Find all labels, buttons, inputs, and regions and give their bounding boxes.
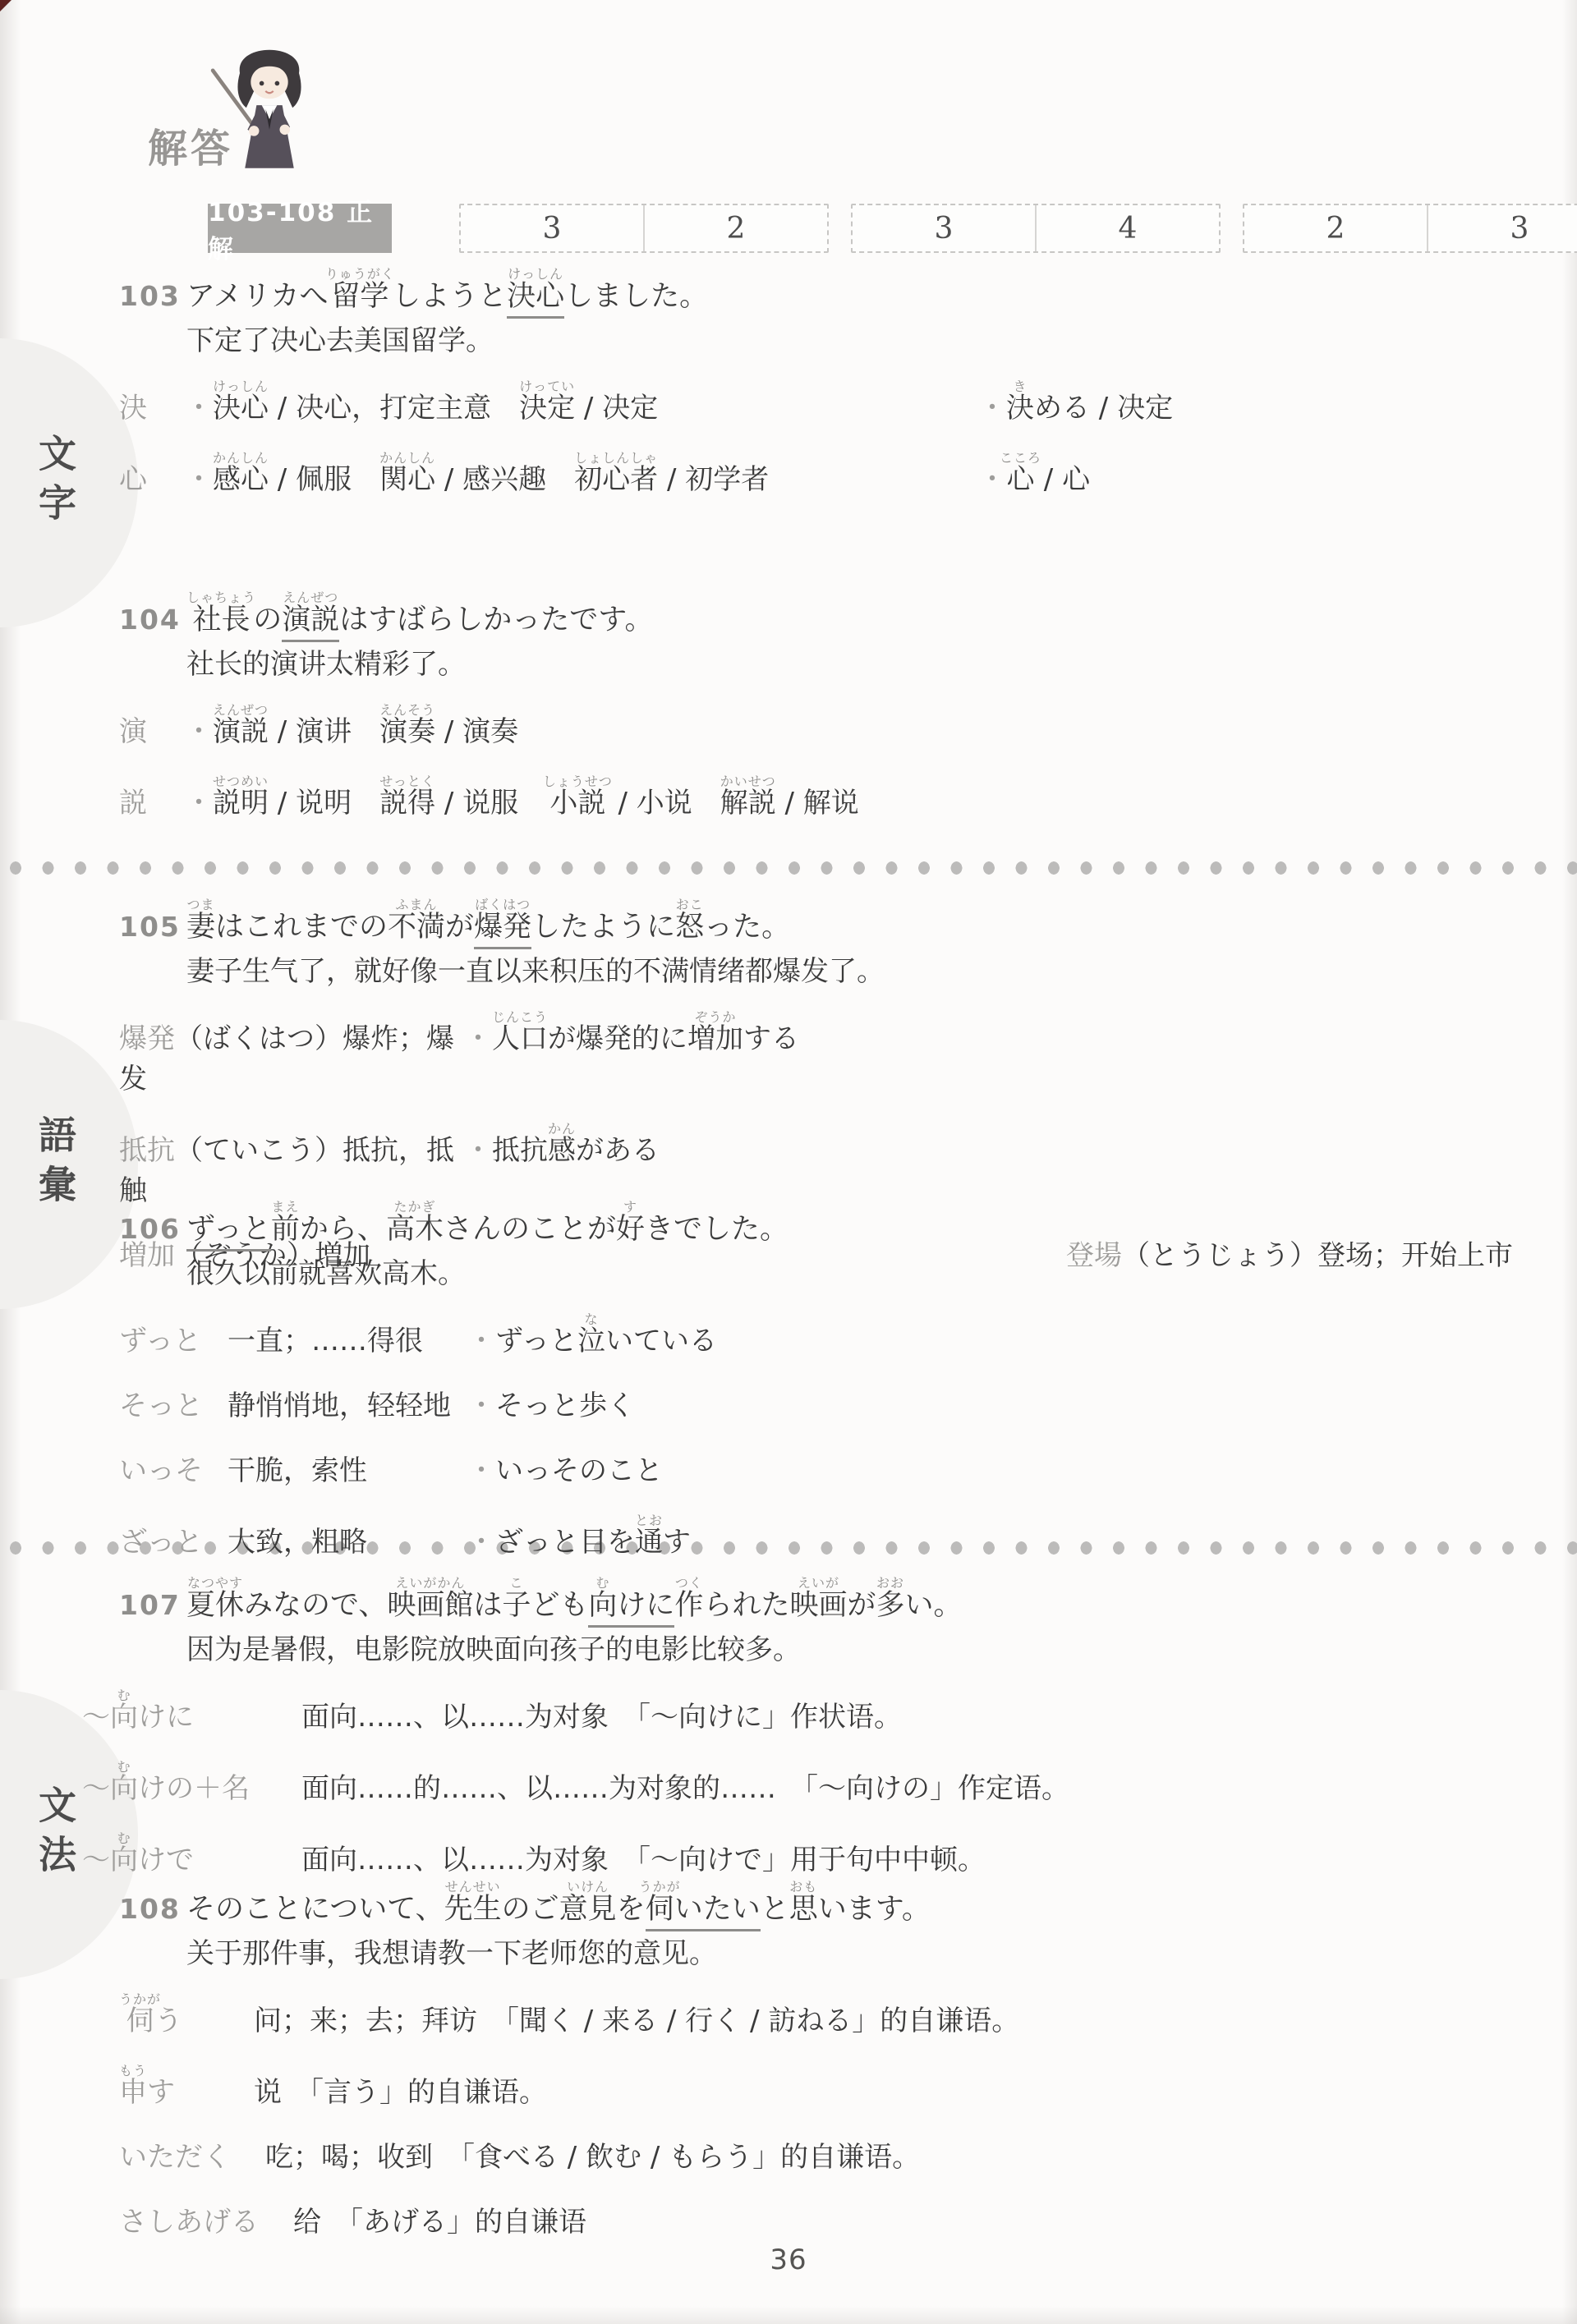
row-keyword: ざっと: [119, 1519, 228, 1559]
ruby-text: 決き: [1006, 392, 1034, 425]
ruby-text: 留学りゅうがく: [329, 280, 393, 313]
ruby-text: 決心けっしん: [213, 392, 269, 425]
text-segment: / 说服: [435, 787, 546, 820]
text-segment: みなので、: [244, 1589, 387, 1622]
text-segment: さんのことが: [444, 1213, 616, 1246]
text-segment: ざっと: [119, 1526, 203, 1559]
definition-row: 伺うかがう问；来；去；拜访 「聞く / 来る / 行く / 訪ねる」的自谦语。: [119, 1971, 1547, 2038]
row-gloss: 大致，粗略: [228, 1519, 467, 1559]
text-segment: / 感兴趣: [435, 463, 574, 496]
definition-row: ずっと一直；……得很・ずっと泣ないている: [119, 1291, 1547, 1358]
row-keyword: 伺うかがう: [119, 1991, 219, 2038]
ruby-text: 映画えいが: [789, 1589, 847, 1622]
question-translation: 社长的演讲太精彩了。: [186, 650, 1547, 680]
text-segment: けに: [617, 1589, 674, 1628]
text-segment: 説: [119, 787, 147, 820]
row-keyword: いっそ: [119, 1448, 228, 1488]
question-sentence: 107夏休なつやすみなので、映画館えいがかんは子こども向むけに作つくられた映画え…: [119, 1567, 1547, 1622]
row-example: ・決きめる / 决定: [978, 379, 1547, 425]
text-segment: 吃；喝；收到 「食べる / 飲む / もらう」的自谦语。: [265, 2141, 920, 2174]
row-gloss: ・感心かんしん / 佩服 関心かんしん / 感兴趣 初心者しょしんしゃ / 初学…: [185, 450, 978, 497]
row-gloss: 面向……的……、以……为对象的…… 「～向けの」作定语。: [301, 1766, 1069, 1806]
text-segment: する: [743, 1022, 799, 1055]
answer-boxes: 3 2 3 4 2 3: [459, 204, 1577, 253]
text-segment: 问；来；去；拜访 「聞く / 来る / 行く / 訪ねる」的自谦语。: [254, 2005, 1019, 2037]
definition-row: ～向むけの＋名面向……的……、以……为对象的…… 「～向けの」作定语。: [119, 1738, 1547, 1806]
text-segment: はこれまでの: [215, 911, 388, 944]
question-rows: ～向むけに面向……、以……为对象 「～向けに」作状语。～向むけの＋名面向……的……: [119, 1667, 1547, 1877]
text-segment: ずっと: [495, 1325, 577, 1357]
text-segment: そっと歩く: [495, 1389, 635, 1422]
question-104: 104社長しゃちょうの演説えんぜつはすばらしかったです。社长的演讲太精彩了。演・…: [119, 581, 1547, 824]
question-sentence: 104社長しゃちょうの演説えんぜつはすばらしかったです。: [119, 581, 1547, 636]
row-gloss: ・決心けっしん / 决心，打定主意 決定けってい / 决定: [185, 379, 978, 425]
question-rows: 伺うかがう问；来；去；拜访 「聞く / 来る / 行く / 訪ねる」的自谦语。申…: [119, 1971, 1547, 2239]
text-segment: / 小说: [609, 787, 720, 820]
text-segment: 演: [119, 715, 147, 748]
text-segment: ・: [467, 1325, 495, 1357]
row-gloss: ・説明せつめい / 说明 説得せっとく / 说服 小説しょうせつ / 小说 解説…: [185, 774, 978, 820]
ruby-text: 思おも: [789, 1893, 818, 1926]
question-103: 103アメリカへ留学りゅうがくしようと決心けっしんしました。下定了决心去美国留学…: [119, 258, 1547, 501]
question-number: 103: [119, 282, 175, 311]
text-segment: そのことについて、: [186, 1893, 444, 1926]
definition-row: 演・演説えんぜつ / 演讲 演奏えんそう / 演奏: [119, 682, 1547, 749]
question-rows: 決・決心けっしん / 决心，打定主意 決定けってい / 决定・決きめる / 决定…: [119, 358, 1547, 497]
row-gloss: 吃；喝；收到 「食べる / 飲む / もらう」的自谦语。: [265, 2134, 920, 2175]
row-example: ・そっと歩く: [467, 1383, 1547, 1423]
text-segment: す: [147, 2076, 175, 2109]
text-segment: いている: [605, 1325, 717, 1357]
question-number: 104: [119, 605, 175, 635]
row-keyword: 心: [119, 457, 185, 497]
ruby-text: 好す: [616, 1213, 645, 1246]
answer-group: 3 4: [851, 204, 1221, 253]
text-segment: ・: [185, 463, 213, 496]
ruby-text: 説明せつめい: [213, 787, 269, 820]
ruby-text: 感心かんしん: [213, 463, 269, 496]
question-107: 107夏休なつやすみなので、映画館えいがかんは子こども向むけに作つくられた映画え…: [119, 1567, 1547, 1881]
text-segment: ・: [464, 1134, 492, 1167]
question-number: 106: [119, 1215, 175, 1244]
text-segment: 大致，粗略: [228, 1526, 367, 1559]
row-gloss: 给 「あげる」的自谦语: [293, 2199, 586, 2239]
ruby-text: 決定けってい: [519, 392, 575, 425]
text-segment: 说 「言う」的自谦语。: [254, 2076, 547, 2109]
text-segment: / 说明: [269, 787, 379, 820]
answer-group: 2 3: [1243, 204, 1577, 253]
text-segment: いただく: [119, 2141, 231, 2174]
question-number: 108: [119, 1895, 175, 1924]
text-segment: ～: [82, 1772, 110, 1805]
section-tab-label: 文字: [28, 434, 82, 532]
definition-row: 申もうす说 「言う」的自谦语。: [119, 2042, 1547, 2110]
ruby-text: 増加ぞうか: [687, 1022, 743, 1055]
dotted-divider: [0, 861, 1577, 875]
answer-value-108: 3: [1427, 205, 1577, 251]
definition-row: 説・説明せつめい / 说明 説得せっとく / 说服 小説しょうせつ / 小说 解…: [119, 753, 1547, 820]
text-segment: は: [473, 1589, 502, 1622]
text-segment: が爆発的に: [548, 1022, 687, 1055]
question-108: 108そのことについて、先生せんせいのご意見いけんを伺うかがいたいと思おもいます…: [119, 1871, 1547, 2244]
scan-corner-artifact: [0, 0, 11, 11]
text-segment: 一直；……得很: [228, 1325, 423, 1357]
text-segment: がある: [576, 1134, 660, 1167]
row-gloss: ・演説えんぜつ / 演讲 演奏えんそう / 演奏: [185, 702, 978, 749]
row-keyword: ずっと: [119, 1318, 228, 1358]
text-segment: したように: [531, 911, 675, 944]
question-number: 107: [119, 1591, 175, 1620]
text-segment: 決: [119, 392, 147, 425]
definition-row: 心・感心かんしん / 佩服 関心かんしん / 感兴趣 初心者しょしんしゃ / 初…: [119, 429, 1547, 497]
question-sentence: 105妻つまはこれまでの不満ふまんが爆発ばくはつしたように怒おこった。: [119, 889, 1547, 944]
section-tab-goi: 語彙: [0, 1020, 138, 1309]
row-keyword: ～向むけに: [82, 1688, 267, 1734]
row-gloss: 一直；……得很: [228, 1318, 467, 1358]
question-translation: 很久以前就喜欢高木。: [186, 1259, 1547, 1289]
definition-row: 爆発（ばくはつ）爆炸；爆发・人口じんこうが爆発的に増加ぞうかする: [119, 989, 1547, 1096]
ruby-text: 夏休なつやす: [186, 1589, 244, 1622]
ruby-text: 演奏えんそう: [379, 715, 435, 748]
text-segment: が: [445, 911, 474, 944]
text-segment: のご: [502, 1893, 559, 1926]
text-segment: そっと: [119, 1389, 203, 1422]
ruby-text: 向む: [110, 1772, 138, 1805]
row-gloss: 说 「言う」的自谦语。: [254, 2069, 547, 2110]
definition-row: ～向むけで面向……、以……为对象 「～向けで」用于句中中顿。: [119, 1810, 1547, 1877]
text-segment: / 决定: [575, 392, 658, 425]
text-segment: さしあげる: [119, 2206, 259, 2239]
ruby-text: 解説かいせつ: [720, 787, 776, 820]
text-segment: けの＋名: [138, 1772, 250, 1805]
section-tab-label: 文法: [28, 1785, 82, 1884]
question-translation: 下定了决心去美国留学。: [186, 326, 1547, 356]
row-gloss: 爆発（ばくはつ）爆炸；爆发: [119, 1016, 464, 1096]
answer-value-106: 4: [1035, 205, 1219, 251]
text-segment: けに: [138, 1701, 194, 1734]
text-segment: きでした。: [645, 1213, 788, 1246]
question-number: 105: [119, 912, 175, 942]
row-gloss: 静悄悄地，轻轻地: [228, 1383, 467, 1423]
question-translation: 关于那件事，我想请教一下老师您的意见。: [186, 1939, 1547, 1969]
text-segment: いたい: [674, 1893, 761, 1931]
row-example: ・人口じんこうが爆発的に増加ぞうかする: [464, 1009, 1547, 1056]
text-segment: ・: [464, 1022, 492, 1055]
ruby-text: 泣な: [577, 1325, 605, 1357]
text-segment: った。: [704, 911, 790, 944]
ruby-text: 高木たかぎ: [386, 1213, 444, 1246]
text-segment: す: [663, 1526, 691, 1559]
text-segment: いっそのこと: [495, 1454, 663, 1487]
text-segment: / 解说: [776, 787, 859, 820]
text-segment: / 演奏: [435, 715, 518, 748]
text-segment: ・: [467, 1526, 495, 1559]
text-segment: 爆発: [119, 1022, 175, 1055]
text-segment: 干脆，索性: [228, 1454, 367, 1487]
answer-value-105: 3: [853, 205, 1035, 251]
row-example: ・いっそのこと: [467, 1448, 1547, 1488]
answer-value-103: 3: [461, 205, 643, 251]
ruby-text: 初心者しょしんしゃ: [574, 463, 658, 496]
ruby-text: 社長しゃちょう: [186, 604, 253, 636]
row-example: ・ざっと目を通とおす: [467, 1513, 1547, 1559]
text-segment: が: [847, 1589, 876, 1622]
textbook-answer-page: 文字 語彙 文法 解答 103-108 正解 3 2 3: [0, 0, 1577, 2324]
row-keyword: そっと: [119, 1383, 228, 1423]
text-segment: られた: [703, 1589, 789, 1622]
text-segment: ・: [185, 392, 213, 425]
definition-row: いっそ干脆，索性・いっそのこと: [119, 1427, 1547, 1488]
text-segment: ～: [82, 1844, 110, 1876]
text-segment: ・: [978, 392, 1006, 425]
text-segment: 抵抗: [119, 1134, 175, 1167]
ruby-text: 心こころ: [1006, 463, 1035, 496]
ruby-text: 決心けっしん: [507, 280, 564, 319]
row-keyword: 演: [119, 709, 185, 749]
text-segment: / 心: [1035, 463, 1090, 496]
answer-value-107: 2: [1244, 205, 1427, 251]
text-segment: ずっと: [119, 1325, 201, 1357]
text-segment: しようと: [392, 280, 507, 313]
ruby-text: 先生せんせい: [444, 1893, 502, 1926]
row-keyword: 説: [119, 780, 185, 820]
answer-bar: 103-108 正解 3 2 3 4 2 3: [208, 204, 1577, 253]
text-segment: ・: [467, 1389, 495, 1422]
definition-row: 決・決心けっしん / 决心，打定主意 決定けってい / 决定・決きめる / 决定: [119, 358, 1547, 425]
ruby-text: 感かん: [548, 1134, 576, 1167]
text-segment: ずっと: [186, 1213, 271, 1252]
ruby-text: 演説えんぜつ: [213, 715, 269, 748]
text-segment: める / 决定: [1034, 392, 1173, 425]
definition-row: さしあげる给 「あげる」的自谦语: [119, 2179, 1547, 2239]
text-segment: / 决心，打定主意: [269, 392, 519, 425]
text-segment: 面向……、以……为对象 「～向けに」作状语。: [301, 1701, 902, 1734]
ruby-text: 伺うかが: [119, 2005, 154, 2037]
ruby-text: 爆発ばくはつ: [474, 911, 531, 949]
text-segment: の: [253, 604, 282, 636]
text-segment: ざっと目を: [495, 1526, 635, 1559]
question-rows: 演・演説えんぜつ / 演讲 演奏えんそう / 演奏説・説明せつめい / 说明 説…: [119, 682, 1547, 820]
text-segment: いっそ: [119, 1454, 203, 1487]
text-segment: ～: [82, 1701, 110, 1734]
question-translation: 妻子生气了，就好像一直以来积压的不满情绪都爆发了。: [186, 957, 1547, 987]
ruby-text: 通とお: [635, 1526, 663, 1559]
ruby-text: 申もう: [119, 2076, 147, 2109]
definition-row: ざっと大致，粗略・ざっと目を通とおす: [119, 1492, 1547, 1559]
ruby-text: 不満ふまん: [388, 911, 445, 944]
text-segment: / 演讲: [269, 715, 379, 748]
ruby-text: 小説しょうせつ: [546, 787, 609, 820]
row-keyword: ～向むけの＋名: [82, 1759, 267, 1806]
ruby-text: 前まえ: [271, 1213, 300, 1246]
row-keyword: さしあげる: [119, 2199, 259, 2239]
text-segment: / 初学者: [658, 463, 769, 496]
text-segment: 给 「あげる」的自谦语: [293, 2206, 586, 2239]
question-sentence: 106ずっと前まえから、高木たかぎさんのことが好すきでした。: [119, 1191, 1547, 1246]
question-sentence: 103アメリカへ留学りゅうがくしようと決心けっしんしました。: [119, 258, 1547, 313]
section-tab-label: 語彙: [28, 1115, 82, 1214]
text-segment: しました。: [564, 280, 708, 313]
row-keyword: 申もうす: [119, 2063, 219, 2110]
text-segment: 面向……的……、以……为对象的…… 「～向けの」作定语。: [301, 1772, 1069, 1805]
ruby-text: 怒おこ: [675, 911, 704, 944]
ruby-text: 意見いけん: [559, 1893, 617, 1926]
row-keyword: いただく: [119, 2134, 231, 2175]
text-segment: アメリカへ: [186, 280, 329, 313]
definition-row: そっと静悄悄地，轻轻地・そっと歩く: [119, 1362, 1547, 1423]
row-gloss: 问；来；去；拜访 「聞く / 来る / 行く / 訪ねる」的自谦语。: [254, 1998, 1019, 2038]
ruby-text: 向む: [588, 1589, 617, 1628]
answer-group: 3 2: [459, 204, 829, 253]
row-example: ・ずっと泣ないている: [467, 1311, 1547, 1358]
answer-value-104: 2: [643, 205, 827, 251]
definition-row: いただく吃；喝；收到 「食べる / 飲む / もらう」的自谦语。: [119, 2114, 1547, 2175]
row-gloss: 干脆，索性: [228, 1448, 467, 1488]
ruby-text: 作つく: [674, 1589, 703, 1622]
text-segment: い。: [905, 1589, 963, 1622]
text-segment: ども: [531, 1589, 588, 1622]
text-segment: ・: [467, 1454, 495, 1487]
page-number: 36: [0, 2244, 1577, 2276]
ruby-text: 伺うかが: [646, 1893, 674, 1931]
question-106: 106ずっと前まえから、高木たかぎさんのことが好すきでした。很久以前就喜欢高木。…: [119, 1191, 1547, 1564]
text-segment: / 佩服: [269, 463, 379, 496]
ruby-text: 関心かんしん: [379, 463, 435, 496]
row-gloss: 面向……、以……为对象 「～向けに」作状语。: [301, 1694, 902, 1734]
text-segment: と: [761, 1893, 789, 1926]
teacher-girl-illustration: [204, 34, 335, 182]
ruby-text: 多おお: [876, 1589, 904, 1622]
question-rows: ずっと一直；……得很・ずっと泣ないているそっと静悄悄地，轻轻地・そっと歩くいっそ…: [119, 1291, 1547, 1559]
text-segment: 静悄悄地，轻轻地: [228, 1389, 451, 1422]
ruby-text: 向む: [110, 1701, 138, 1734]
text-segment: ・: [185, 715, 213, 748]
ruby-text: 演説えんぜつ: [282, 604, 339, 642]
text-segment: う: [154, 2005, 182, 2037]
ruby-text: 映画館えいがかん: [387, 1589, 473, 1622]
ruby-text: 子こ: [502, 1589, 531, 1622]
row-keyword: 決: [119, 385, 185, 425]
definition-row: ～向むけに面向……、以……为对象 「～向けに」作状语。: [119, 1667, 1547, 1734]
section-tab-moji: 文字: [0, 338, 138, 627]
text-segment: います。: [818, 1893, 931, 1926]
text-segment: はすばらしかったです。: [339, 604, 653, 636]
text-segment: ・: [185, 787, 213, 820]
question-translation: 因为是暑假，电影院放映面向孩子的电影比较多。: [186, 1635, 1547, 1665]
ruby-text: 人口じんこう: [492, 1022, 548, 1055]
answer-range-badge: 103-108 正解: [208, 204, 392, 253]
question-sentence: 108そのことについて、先生せんせいのご意見いけんを伺うかがいたいと思おもいます…: [119, 1871, 1547, 1926]
text-segment: から、: [300, 1213, 386, 1246]
ruby-text: 説得せっとく: [379, 787, 435, 820]
text-segment: 抵抗: [492, 1134, 548, 1167]
row-example: ・抵抗感かんがある: [464, 1121, 1547, 1168]
row-example: ・心こころ / 心: [978, 450, 1547, 497]
ruby-text: 妻つま: [186, 911, 215, 944]
text-segment: 心: [119, 463, 147, 496]
